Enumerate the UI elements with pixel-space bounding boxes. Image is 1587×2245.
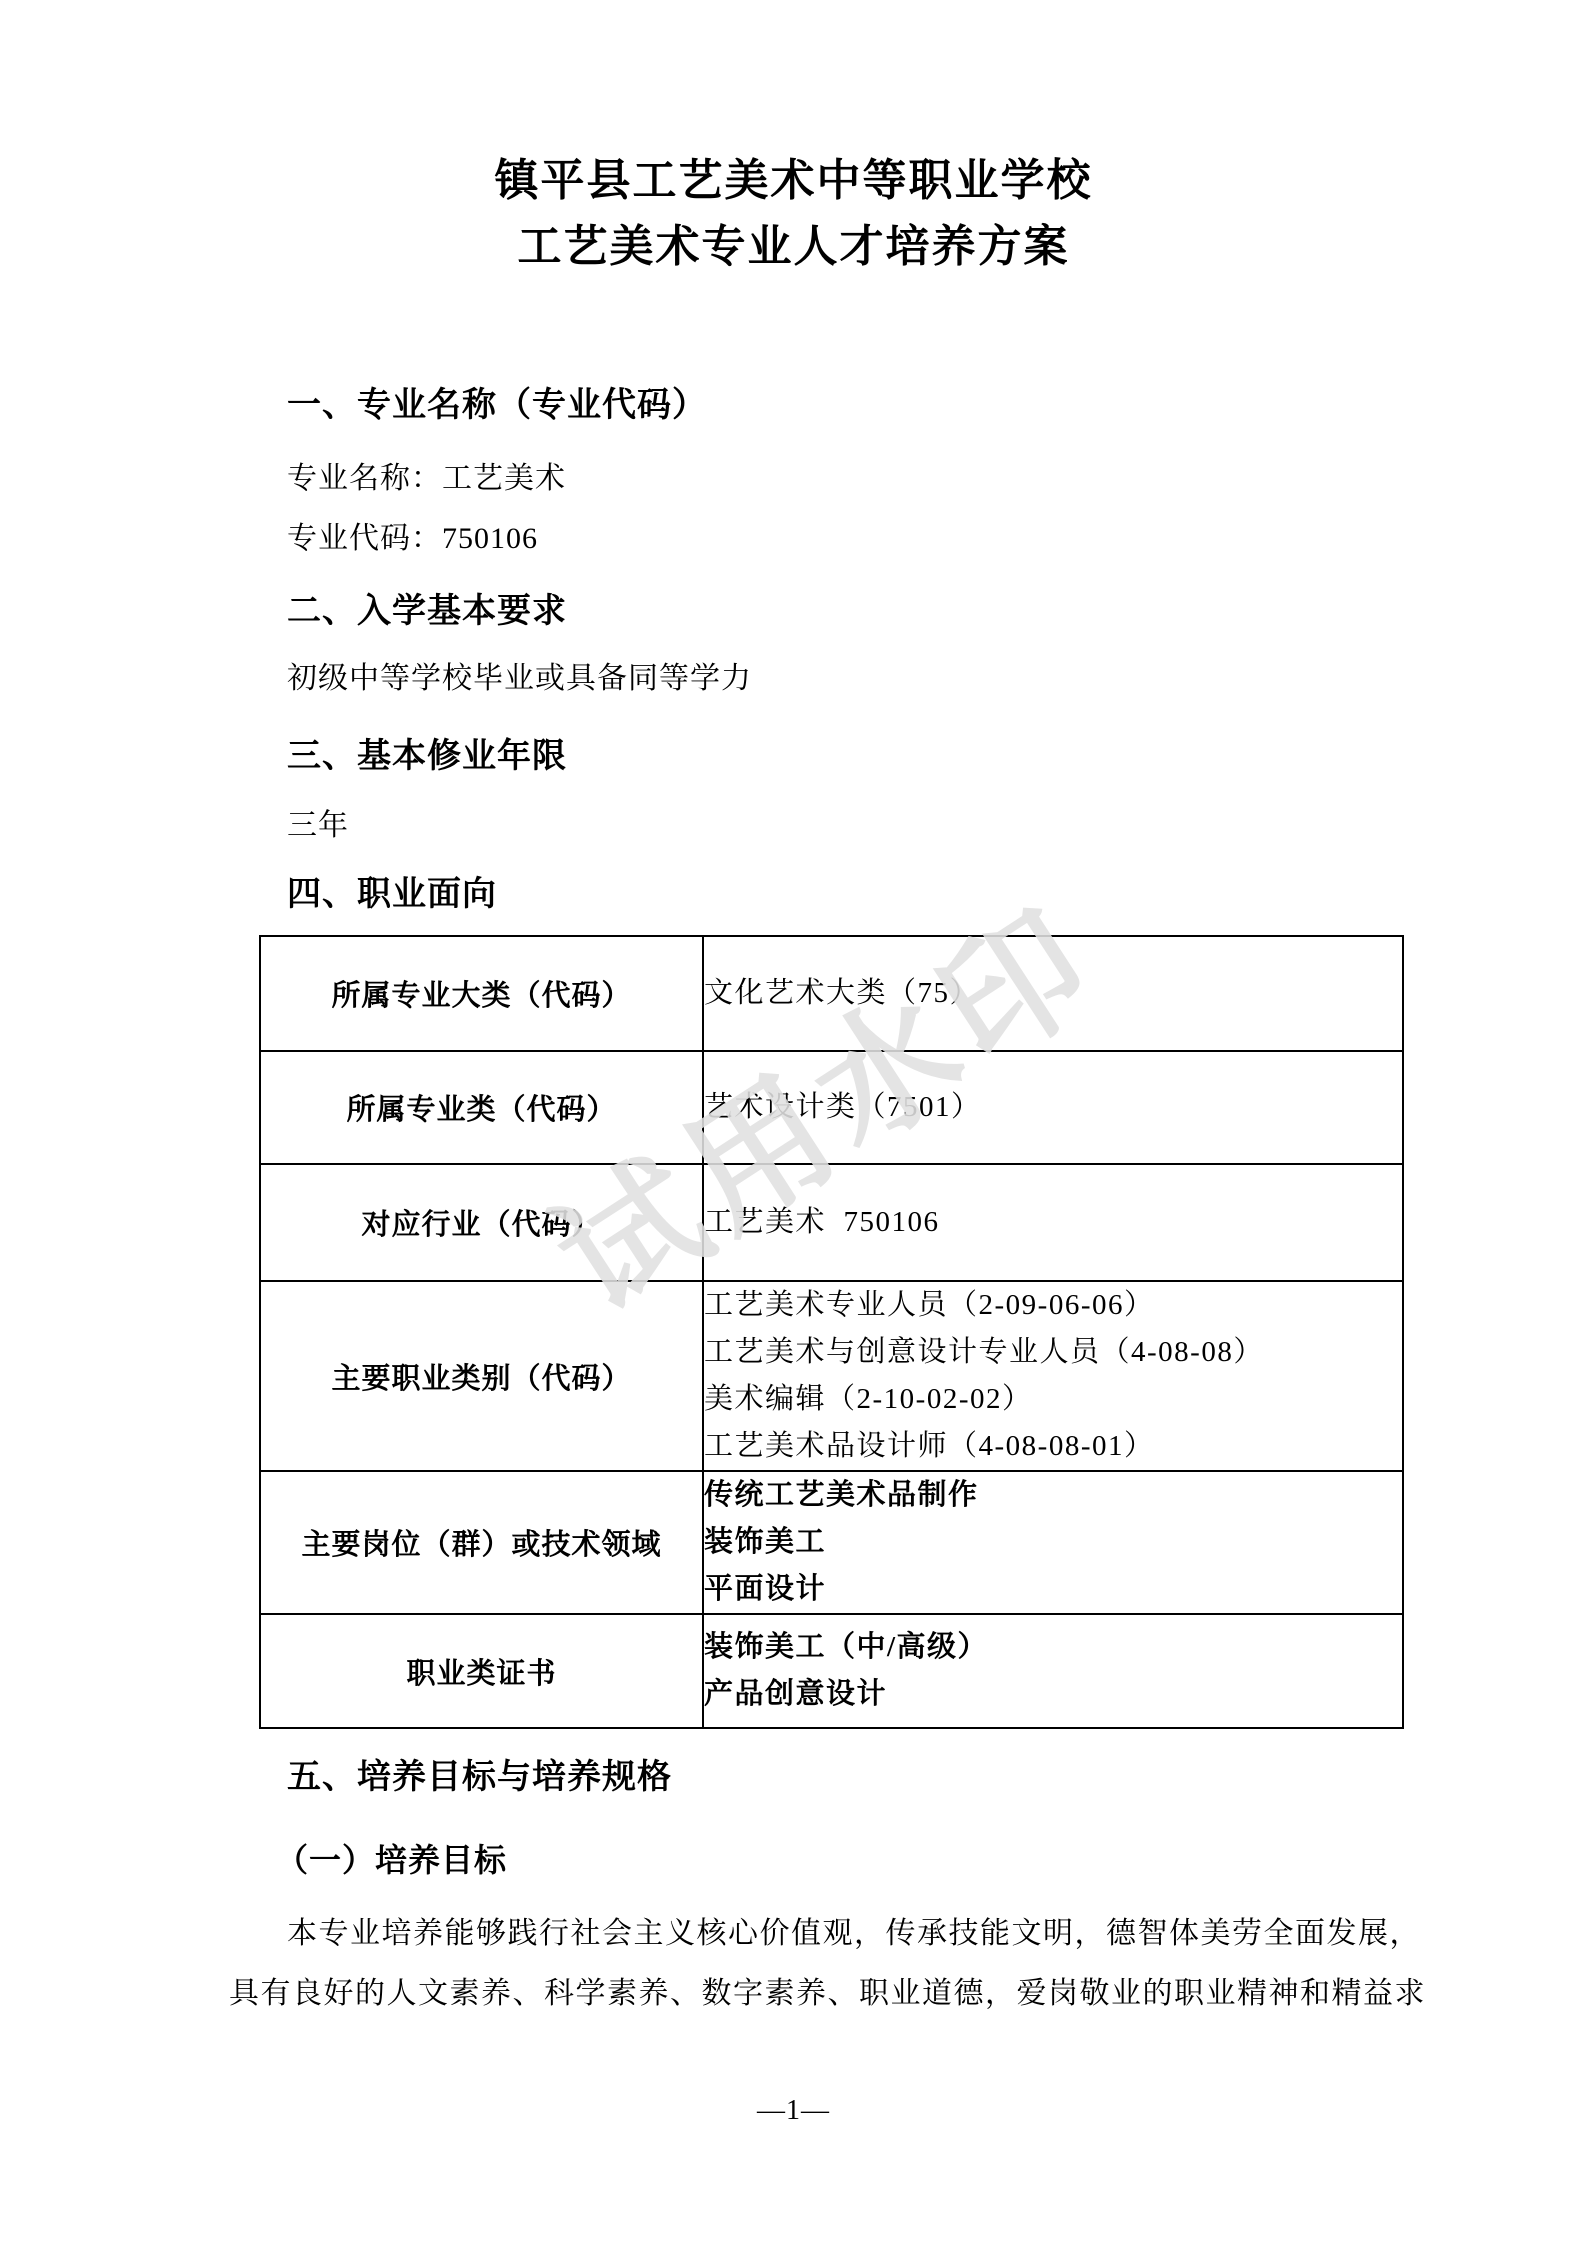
row-value: 工艺美术专业人员（2-09-06-06） 工艺美术与创意设计专业人员（4-08-… (703, 1281, 1403, 1471)
section-3-heading: 三、基本修业年限 (287, 734, 1587, 778)
document-title: 镇平县工艺美术中等职业学校 工艺美术专业人才培养方案 (0, 0, 1587, 280)
title-line-2: 工艺美术专业人才培养方案 (0, 214, 1587, 280)
table-row: 主要岗位（群）或技术领域 传统工艺美术品制作 装饰美工 平面设计 (260, 1471, 1403, 1614)
row-label: 职业类证书 (260, 1614, 703, 1728)
section-2-body: 初级中等学校毕业或具备同等学力 (287, 649, 1587, 709)
section-3-body: 三年 (287, 796, 1587, 856)
page-number: —1— (0, 2095, 1587, 2127)
cell-line: 文化艺术大类（75） (704, 970, 1402, 1017)
cell-line: 艺术设计类（7501） (704, 1084, 1402, 1131)
row-value: 装饰美工（中/高级） 产品创意设计 (703, 1614, 1403, 1728)
section-5-heading: 五、培养目标与培养规格 (287, 1755, 1587, 1799)
table-row: 所属专业大类（代码） 文化艺术大类（75） (260, 936, 1403, 1051)
section-5-subheading: （一）培养目标 (276, 1838, 1587, 1882)
cell-line: 工艺美术与创意设计专业人员（4-08-08） (704, 1329, 1402, 1376)
cell-line: 美术编辑（2-10-02-02） (704, 1376, 1402, 1423)
table-row: 所属专业类（代码） 艺术设计类（7501） (260, 1051, 1403, 1164)
training-goal-paragraph-line: 具有良好的人文素养、科学素养、数字素养、职业道德，爱岗敬业的职业精神和精益求 (229, 1964, 1428, 2024)
row-value: 文化艺术大类（75） (703, 936, 1403, 1051)
career-orientation-table: 所属专业大类（代码） 文化艺术大类（75） 所属专业类（代码） 艺术设计类（75… (259, 935, 1404, 1729)
table-row: 主要职业类别（代码） 工艺美术专业人员（2-09-06-06） 工艺美术与创意设… (260, 1281, 1403, 1471)
cell-line: 工艺美术专业人员（2-09-06-06） (704, 1282, 1402, 1329)
cell-line: 传统工艺美术品制作 (704, 1472, 1402, 1519)
cell-line: 工艺美术品设计师（4-08-08-01） (704, 1423, 1402, 1470)
row-label: 对应行业（代码） (260, 1164, 703, 1281)
row-value: 艺术设计类（7501） (703, 1051, 1403, 1164)
row-value: 传统工艺美术品制作 装饰美工 平面设计 (703, 1471, 1403, 1614)
section-4-heading: 四、职业面向 (287, 872, 1587, 916)
cell-line: 平面设计 (704, 1566, 1402, 1613)
table-row: 对应行业（代码） 工艺美术 750106 (260, 1164, 1403, 1281)
row-label: 所属专业类（代码） (260, 1051, 703, 1164)
section-2-heading: 二、入学基本要求 (287, 589, 1587, 633)
cell-line: 工艺美术 750106 (704, 1199, 1402, 1246)
section-1-heading: 一、专业名称（专业代码） (287, 383, 1587, 427)
major-code-line: 专业代码：750106 (287, 509, 1587, 569)
row-value: 工艺美术 750106 (703, 1164, 1403, 1281)
row-label: 主要职业类别（代码） (260, 1281, 703, 1471)
cell-line: 产品创意设计 (704, 1671, 1402, 1718)
cell-line: 装饰美工 (704, 1519, 1402, 1566)
training-goal-paragraph-line: 本专业培养能够践行社会主义核心价值观，传承技能文明，德智体美劳全面发展， (229, 1904, 1428, 1964)
row-label: 主要岗位（群）或技术领域 (260, 1471, 703, 1614)
title-line-1: 镇平县工艺美术中等职业学校 (0, 148, 1587, 214)
table-row: 职业类证书 装饰美工（中/高级） 产品创意设计 (260, 1614, 1403, 1728)
cell-line: 装饰美工（中/高级） (704, 1624, 1402, 1671)
document-page: 镇平县工艺美术中等职业学校 工艺美术专业人才培养方案 一、专业名称（专业代码） … (0, 0, 1587, 2245)
row-label: 所属专业大类（代码） (260, 936, 703, 1051)
major-name-line: 专业名称：工艺美术 (287, 449, 1587, 509)
